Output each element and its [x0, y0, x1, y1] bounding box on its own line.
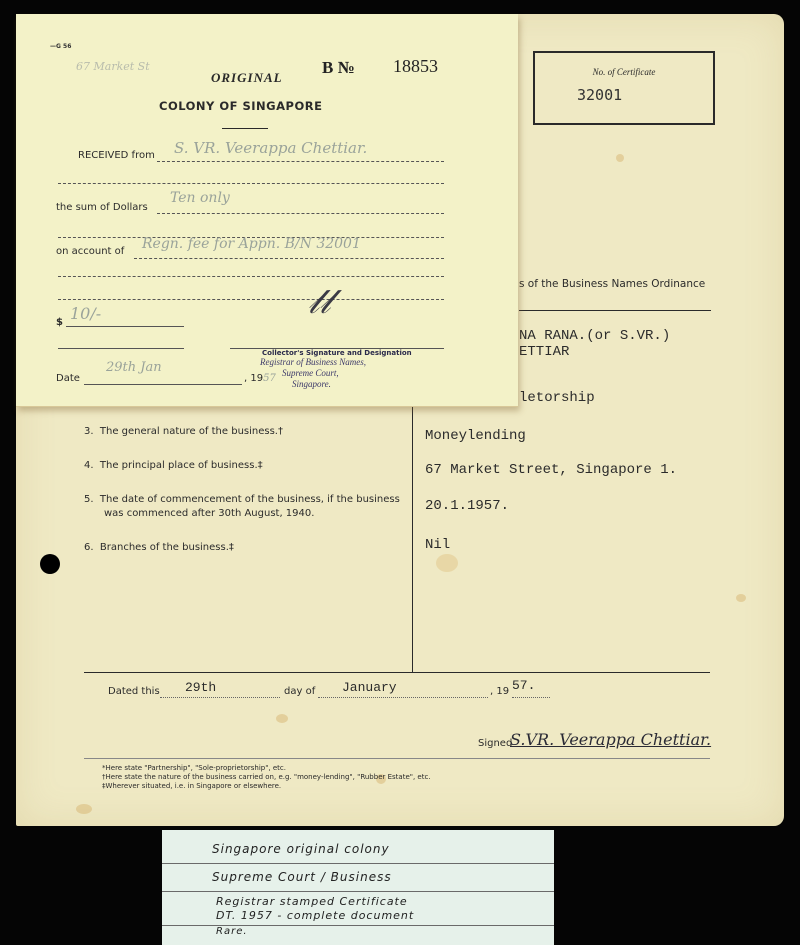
year-prefix: , 19 [490, 686, 509, 697]
footnote-3: ‡Wherever situated, i.e. in Singapore or… [102, 782, 431, 791]
field-3-label: 3. The general nature of the business.† [84, 426, 283, 437]
business-type-value: letorship [519, 390, 595, 406]
sum-of-dollars-value: Ten only [170, 190, 230, 206]
dated-day-value: 29th [185, 680, 216, 695]
applicant-signature: S.VR. Veerappa Chettiar. [510, 730, 711, 749]
certificate-number-value: 32001 [577, 86, 622, 104]
receipt-title: ORIGINAL [211, 70, 283, 86]
form-code: —G 56 [50, 43, 71, 50]
serial-prefix: B № [322, 58, 355, 78]
sum-of-dollars-label: the sum of Dollars [56, 202, 148, 213]
received-from-label: RECEIVED from [78, 150, 155, 161]
collector-signature: 𝓁𝓁 [308, 282, 331, 322]
handwritten-margin-note: 67 Market St [76, 60, 150, 73]
colony-heading: COLONY OF SINGAPORE [159, 99, 322, 113]
note-line-4: DT. 1957 - complete document [216, 909, 414, 922]
field-5-label: 5. The date of commencement of the busin… [84, 494, 400, 505]
principal-place-value: 67 Market Street, Singapore 1. [425, 462, 677, 478]
footnote-2: †Here state the nature of the business c… [102, 773, 431, 782]
footnotes: *Here state "Partnership", "Sole-proprie… [102, 764, 431, 791]
field-4-label: 4. The principal place of business.‡ [84, 460, 263, 471]
footnote-1: *Here state "Partnership", "Sole-proprie… [102, 764, 431, 773]
ordinance-text: s of the Business Names Ordinance [519, 278, 705, 290]
note-line-2: Supreme Court / Business [212, 870, 392, 884]
dated-year-value: 57. [512, 678, 535, 693]
dated-label: Dated this [108, 686, 160, 697]
on-account-of-label: on account of [56, 246, 124, 257]
handwritten-note-card: Singapore original colony Supreme Court … [162, 830, 554, 945]
commencement-date-value: 20.1.1957. [425, 498, 509, 514]
nature-of-business-value: Moneylending [425, 428, 526, 444]
dollar-amount-value: 10/- [70, 304, 101, 323]
business-name-line1: NA RANA.(or S.VR.) [519, 328, 670, 344]
note-line-5: Rare. [216, 926, 248, 937]
receipt-slip: —G 56 67 Market St ORIGINAL B № 18853 CO… [16, 14, 518, 407]
business-name-line2: ETTIAR [519, 344, 569, 360]
signed-label: Signed [478, 738, 512, 749]
on-account-of-value: Regn. fee for Appn. B/N 32001 [142, 236, 361, 252]
dated-month-value: January [342, 680, 397, 695]
serial-number: 18853 [393, 56, 438, 77]
branches-value: Nil [425, 537, 450, 553]
note-line-3: Registrar stamped Certificate [216, 895, 408, 908]
field-6-label: 6. Branches of the business.‡ [84, 542, 234, 553]
certificate-number-label: No. of Certificate [535, 67, 713, 77]
day-of-label: day of [284, 686, 315, 697]
field-5-label-line2: was commenced after 30th August, 1940. [104, 508, 314, 519]
registrar-stamp: Registrar of Business Names, Supreme Cou… [260, 357, 366, 390]
certificate-number-box: No. of Certificate 32001 [533, 51, 715, 125]
date-label: Date [56, 373, 80, 384]
received-from-value: S. VR. Veerappa Chettiar. [174, 139, 367, 157]
note-line-1: Singapore original colony [212, 842, 390, 856]
receipt-date-value: 29th Jan [106, 360, 162, 375]
collector-label: Collector's Signature and Designation [262, 349, 412, 357]
dollar-sign: $ [56, 317, 63, 328]
punch-hole [40, 554, 60, 574]
